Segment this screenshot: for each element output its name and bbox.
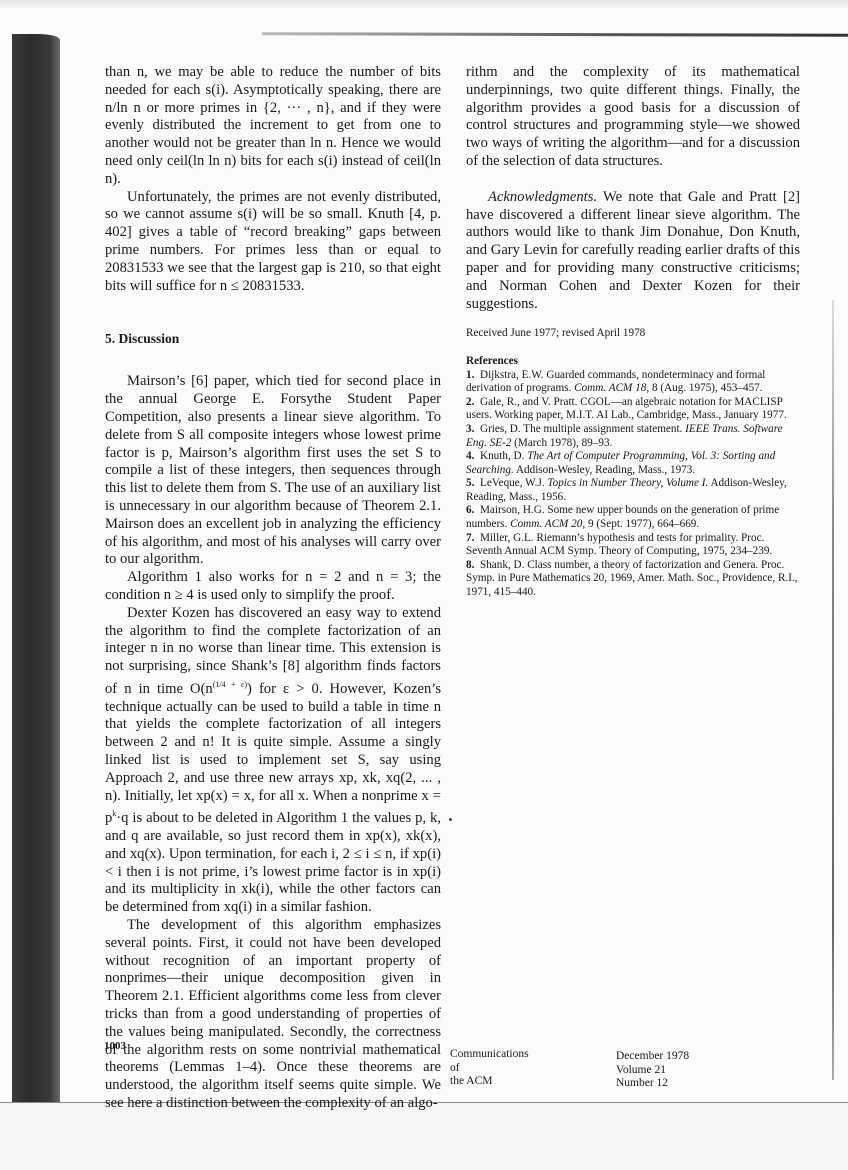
section-heading: 5. Discussion — [105, 330, 441, 348]
reference-item: 6. Mairson, H.G. Some new upper bounds o… — [466, 504, 800, 531]
reference-item: 1. Dijkstra, E.W. Guarded commands, nond… — [466, 369, 800, 396]
paragraph: Mairson’s [6] paper, which tied for seco… — [105, 373, 441, 569]
paragraph: Unfortunately, the primes are not evenly… — [105, 189, 441, 296]
references-list: References 1. Dijkstra, E.W. Guarded com… — [466, 355, 800, 600]
reference-item: 3. Gries, D. The multiple assignment sta… — [466, 423, 800, 450]
acknowledgments: Acknowledgments. We note that Gale and P… — [466, 189, 800, 314]
paragraph: The development of this algorithm emphas… — [105, 917, 441, 1113]
reference-item: 8. Shank, D. Class number, a theory of f… — [466, 559, 800, 600]
acknowledgments-label: Acknowledgments. — [488, 189, 597, 205]
issue-info: December 1978 Volume 21 Number 12 — [616, 1050, 689, 1091]
top-rule-line — [262, 32, 848, 37]
scan-speck — [449, 818, 452, 821]
received-date: Received June 1977; revised April 1978 — [466, 327, 800, 341]
reference-item: 7. Miller, G.L. Riemann’s hypothesis and… — [466, 532, 800, 559]
journal-name: Communications of the ACM — [450, 1048, 529, 1089]
references-title: References — [466, 355, 800, 369]
right-column: rithm and the complexity of its mathemat… — [466, 64, 800, 600]
page-number: 1003 — [104, 1040, 126, 1052]
scan-top-edge — [0, 0, 848, 8]
scan-right-edge-line — [832, 300, 834, 1080]
paragraph: than n, we may be able to reduce the num… — [105, 64, 441, 189]
paragraph: Dexter Kozen has discovered an easy way … — [105, 605, 441, 917]
scan-binding-shadow — [12, 34, 60, 1102]
paragraph: rithm and the complexity of its mathemat… — [466, 64, 800, 171]
reference-item: 5. LeVeque, W.J. Topics in Number Theory… — [466, 477, 800, 504]
paragraph: Algorithm 1 also works for n = 2 and n =… — [105, 569, 441, 605]
reference-item: 4. Knuth, D. The Art of Computer Program… — [466, 450, 800, 477]
left-column: than n, we may be able to reduce the num… — [105, 64, 441, 1113]
reference-item: 2. Gale, R., and V. Pratt. CGOL—an algeb… — [466, 396, 800, 423]
